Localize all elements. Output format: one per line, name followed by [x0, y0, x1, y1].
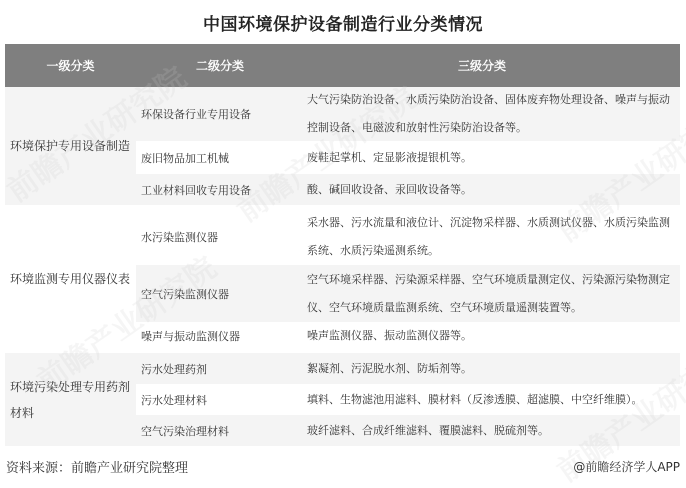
- table-row: 水污染监测仪器 采水器、污水流量和液位计、沉淀物采样器、水质测试仪器、水质污染监…: [136, 208, 680, 265]
- table-row: 环保设备行业专用设备 大气污染防治设备、水质污染防治设备、固体废弃物处理设备、噪…: [136, 87, 680, 141]
- level2-cell: 水污染监测仪器: [136, 229, 304, 245]
- table-row: 噪声与振动监测仪器 噪声监测仪器、振动监测仪器等。: [136, 322, 680, 350]
- page-title: 中国环境保护设备制造行业分类情况: [0, 10, 686, 35]
- level3-cell: 采水器、污水流量和液位计、沉淀物采样器、水质测试仪器、水质污染监测系统、水质污染…: [304, 209, 680, 265]
- table-row: 空气污染治理材料 玻纤滤料、合成纤维滤料、覆膜滤料、脱硫剂等。: [136, 415, 680, 446]
- level1-cell: 环境监测专用仪器仪表: [5, 208, 136, 350]
- header-level3: 三级分类: [304, 57, 680, 74]
- level3-cell: 废鞋起掌机、定显影液提银机等。: [304, 144, 680, 172]
- header-level1: 一级分类: [5, 57, 136, 74]
- level2-cell: 空气污染监测仪器: [136, 286, 304, 302]
- classification-table: 一级分类 二级分类 三级分类 环境保护专用设备制造 环保设备行业专用设备 大气污…: [5, 44, 680, 446]
- table-row: 空气污染监测仪器 空气环境采样器、污染源采样器、空气环境质量测定仪、污染源污染物…: [136, 265, 680, 322]
- level3-cell: 噪声监测仪器、振动监测仪器等。: [304, 322, 680, 350]
- table-group: 环境污染处理专用药剂材料 污水处理药剂 絮凝剂、污泥脱水剂、防垢剂等。 污水处理…: [5, 353, 680, 446]
- table-row: 废旧物品加工机械 废鞋起掌机、定显影液提银机等。: [136, 141, 680, 174]
- level1-cell: 环境污染处理专用药剂材料: [5, 353, 136, 446]
- table-row: 污水处理材料 填料、生物滤池用滤料、膜材料（反渗透膜、超滤膜、中空纤维膜）。: [136, 384, 680, 415]
- level2-cell: 废旧物品加工机械: [136, 150, 304, 166]
- level3-cell: 絮凝剂、污泥脱水剂、防垢剂等。: [304, 355, 680, 383]
- level2-cell: 环保设备行业专用设备: [136, 106, 304, 122]
- level3-cell: 空气环境采样器、污染源采样器、空气环境质量测定仪、污染源污染物测定仪、空气环境质…: [304, 266, 680, 322]
- level2-cell: 污水处理药剂: [136, 361, 304, 377]
- source-note: 资料来源：前瞻产业研究院整理: [6, 457, 188, 476]
- level3-cell: 玻纤滤料、合成纤维滤料、覆膜滤料、脱硫剂等。: [304, 417, 680, 445]
- header-level2: 二级分类: [136, 57, 304, 74]
- level2-cell: 空气污染治理材料: [136, 423, 304, 439]
- table-row: 工业材料回收专用设备 酸、碱回收设备、汞回收设备等。: [136, 174, 680, 205]
- table-group: 环境保护专用设备制造 环保设备行业专用设备 大气污染防治设备、水质污染防治设备、…: [5, 87, 680, 205]
- level2-cell: 污水处理材料: [136, 392, 304, 408]
- table-header: 一级分类 二级分类 三级分类: [5, 44, 680, 87]
- level3-cell: 大气污染防治设备、水质污染防治设备、固体废弃物处理设备、噪声与振动控制设备、电磁…: [304, 86, 680, 142]
- table-row: 污水处理药剂 絮凝剂、污泥脱水剂、防垢剂等。: [136, 353, 680, 384]
- credit-label: @前瞻经济学人APP: [573, 458, 680, 475]
- level2-cell: 工业材料回收专用设备: [136, 182, 304, 198]
- level3-cell: 酸、碱回收设备、汞回收设备等。: [304, 176, 680, 204]
- level2-cell: 噪声与振动监测仪器: [136, 328, 304, 344]
- table-group: 环境监测专用仪器仪表 水污染监测仪器 采水器、污水流量和液位计、沉淀物采样器、水…: [5, 208, 680, 350]
- level3-cell: 填料、生物滤池用滤料、膜材料（反渗透膜、超滤膜、中空纤维膜）。: [304, 386, 680, 414]
- level1-cell: 环境保护专用设备制造: [5, 87, 136, 205]
